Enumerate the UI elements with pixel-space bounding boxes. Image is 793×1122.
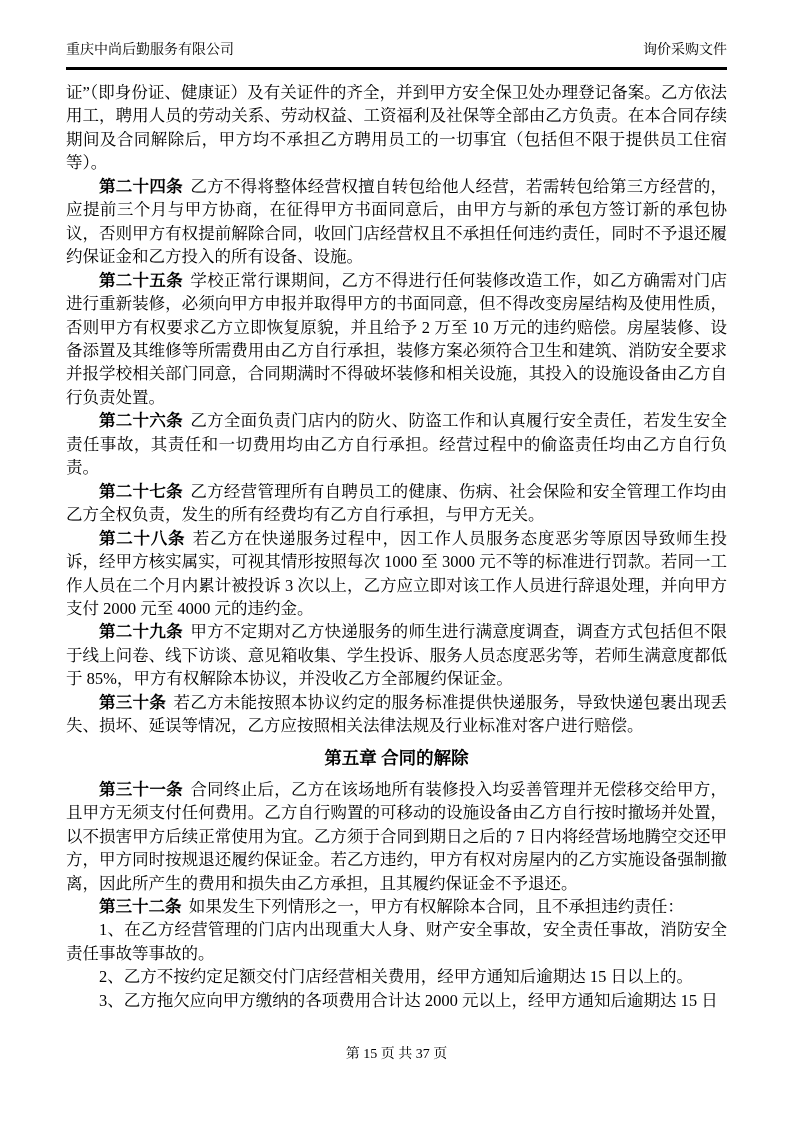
- paragraph-text: 1、在乙方经营管理的门店内出现重大人身、财产安全事故，安全责任事故，消防安全责任…: [66, 920, 727, 962]
- paragraph-text: 证”（即身份证、健康证）及有关证件的齐全，并到甲方安全保卫处办理登记备案。乙方依…: [66, 83, 727, 172]
- document-page: 重庆中尚后勤服务有限公司 询价采购文件 证”（即身份证、健康证）及有关证件的齐全…: [0, 0, 793, 1122]
- paragraph-text: 学校正常行课期间，乙方不得进行任何装修改造工作，如乙方确需对门店进行重新装修，必…: [66, 271, 727, 407]
- article-number: 第三十条: [99, 693, 166, 712]
- article-paragraph: 第二十四条乙方不得将整体经营权擅自转包给他人经营，若需转包给第三方经营的，应提前…: [66, 175, 727, 269]
- page-header: 重庆中尚后勤服务有限公司 询价采购文件: [66, 42, 727, 70]
- article-number: 第三十二条: [99, 897, 182, 916]
- header-company: 重庆中尚后勤服务有限公司: [66, 42, 234, 60]
- list-item-paragraph: 1、在乙方经营管理的门店内出现重大人身、财产安全事故，安全责任事故，消防安全责任…: [66, 918, 727, 965]
- chapter-heading: 第五章 合同的解除: [66, 746, 727, 770]
- article-number: 第二十八条: [99, 529, 185, 548]
- paragraph-text: 3、乙方拖欠应向甲方缴纳的各项费用合计达 2000 元以上，经甲方通知后逾期达 …: [99, 991, 718, 1010]
- paragraph-text: 如果发生下列情形之一，甲方有权解除本合同，且不承担违约责任：: [189, 897, 684, 916]
- header-doctype: 询价采购文件: [643, 42, 727, 60]
- article-paragraph: 第三十一条合同终止后，乙方在该场地所有装修投入均妥善管理并无偿移交给甲方，且甲方…: [66, 778, 727, 895]
- article-paragraph: 第二十六条乙方全面负责门店内的防火、防盗工作和认真履行安全责任，若发生安全责任事…: [66, 409, 727, 479]
- article-number: 第二十七条: [99, 482, 183, 501]
- list-item-paragraph: 2、乙方不按约定足额交付门店经营相关费用，经甲方通知后逾期达 15 日以上的。: [66, 965, 727, 988]
- article-paragraph: 第二十八条若乙方在快递服务过程中，因工作人员服务态度恶劣等原因导致师生投诉，经甲…: [66, 527, 727, 621]
- article-paragraph: 第二十九条甲方不定期对乙方快递服务的师生进行满意度调查，调查方式包括但不限于线上…: [66, 620, 727, 690]
- article-paragraph: 第二十七条乙方经营管理所有自聘员工的健康、伤病、社会保险和安全管理工作均由乙方全…: [66, 480, 727, 527]
- paragraph-text: 2、乙方不按约定足额交付门店经营相关费用，经甲方通知后逾期达 15 日以上的。: [99, 967, 693, 986]
- article-paragraph: 第三十二条如果发生下列情形之一，甲方有权解除本合同，且不承担违约责任：: [66, 895, 727, 918]
- article-number: 第二十四条: [99, 177, 183, 196]
- list-item-paragraph: 3、乙方拖欠应向甲方缴纳的各项费用合计达 2000 元以上，经甲方通知后逾期达 …: [66, 989, 727, 1012]
- continuation-paragraph: 证”（即身份证、健康证）及有关证件的齐全，并到甲方安全保卫处办理登记备案。乙方依…: [66, 81, 727, 175]
- article-number: 第二十五条: [99, 271, 183, 290]
- article-number: 第二十六条: [99, 411, 183, 430]
- article-number: 第三十一条: [99, 780, 183, 799]
- page-number: 第 15 页 共 37 页: [346, 1047, 448, 1062]
- article-number: 第二十九条: [99, 622, 183, 641]
- page-footer: 第 15 页 共 37 页: [0, 1046, 793, 1064]
- article-paragraph: 第三十条若乙方未能按照本协议约定的服务标准提供快递服务，导致快递包裹出现丢失、损…: [66, 691, 727, 738]
- article-paragraph: 第二十五条学校正常行课期间，乙方不得进行任何装修改造工作，如乙方确需对门店进行重…: [66, 269, 727, 410]
- document-body: 证”（即身份证、健康证）及有关证件的齐全，并到甲方安全保卫处办理登记备案。乙方依…: [66, 70, 727, 1012]
